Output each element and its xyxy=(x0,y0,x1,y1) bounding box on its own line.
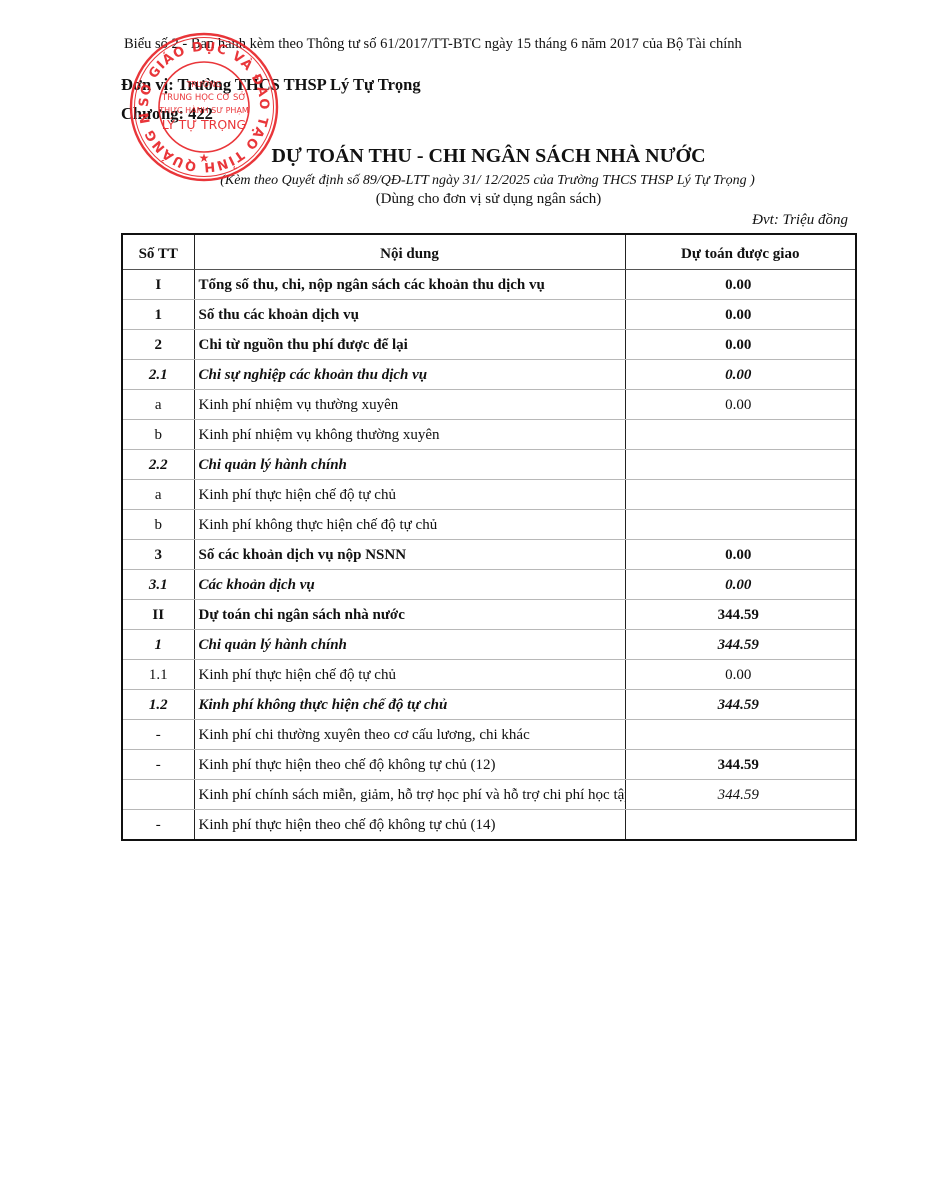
row-number: b xyxy=(122,510,194,540)
unit-name: Đơn vị: Trường THCS THSP Lý Tự Trọng xyxy=(121,75,421,95)
row-number: 1 xyxy=(122,300,194,330)
chapter-code: Chương: 422 xyxy=(121,104,213,124)
row-budget-value: 0.00 xyxy=(625,540,856,570)
table-row: aKinh phí thực hiện chế độ tự chủ xyxy=(122,480,856,510)
row-number: - xyxy=(122,720,194,750)
decision-subtitle: (Kèm theo Quyết định số 89/QĐ-LTT ngày 3… xyxy=(0,173,927,189)
row-budget-value xyxy=(625,420,856,450)
column-header-content: Nội dung xyxy=(194,234,625,270)
budget-table: Số TT Nội dung Dự toán được giao ITổng s… xyxy=(121,233,857,841)
table-row: bKinh phí không thực hiện chế độ tự chủ xyxy=(122,510,856,540)
row-number: 2 xyxy=(122,330,194,360)
row-budget-value: 344.59 xyxy=(625,750,856,780)
row-budget-value: 344.59 xyxy=(625,780,856,810)
row-budget-value: 0.00 xyxy=(625,330,856,360)
row-number: I xyxy=(122,270,194,300)
circular-reference: Biểu số 2 - Ban hành kèm theo Thông tư s… xyxy=(124,36,742,53)
row-content: Kinh phí thực hiện theo chế độ không tự … xyxy=(194,750,625,780)
row-number: - xyxy=(122,810,194,841)
row-content: Chi quản lý hành chính xyxy=(194,450,625,480)
row-budget-value: 0.00 xyxy=(625,390,856,420)
row-budget-value: 344.59 xyxy=(625,600,856,630)
table-row: 2.2Chi quản lý hành chính xyxy=(122,450,856,480)
row-budget-value: 0.00 xyxy=(625,570,856,600)
row-content: Số thu các khoản dịch vụ xyxy=(194,300,625,330)
row-content: Tổng số thu, chi, nộp ngân sách các khoả… xyxy=(194,270,625,300)
table-row: bKinh phí nhiệm vụ không thường xuyên xyxy=(122,420,856,450)
row-number: 3 xyxy=(122,540,194,570)
table-header-row: Số TT Nội dung Dự toán được giao xyxy=(122,234,856,270)
table-row: 1.1Kinh phí thực hiện chế độ tự chủ0.00 xyxy=(122,660,856,690)
row-content: Kinh phí thực hiện theo chế độ không tự … xyxy=(194,810,625,841)
table-row: 3Số các khoản dịch vụ nộp NSNN0.00 xyxy=(122,540,856,570)
row-content: Kinh phí không thực hiện chế độ tự chủ xyxy=(194,510,625,540)
row-budget-value: 344.59 xyxy=(625,630,856,660)
row-content: Kinh phí thực hiện chế độ tự chủ xyxy=(194,660,625,690)
usage-subtitle: (Dùng cho đơn vị sử dụng ngân sách) xyxy=(0,191,927,208)
row-budget-value xyxy=(625,810,856,841)
table-row: 2.1Chi sự nghiệp các khoản thu dịch vụ0.… xyxy=(122,360,856,390)
row-budget-value: 0.00 xyxy=(625,270,856,300)
row-number: 3.1 xyxy=(122,570,194,600)
row-content: Chi sự nghiệp các khoản thu dịch vụ xyxy=(194,360,625,390)
row-number: 1.2 xyxy=(122,690,194,720)
table-row: 1.2Kinh phí không thực hiện chế độ tự ch… xyxy=(122,690,856,720)
row-budget-value: 0.00 xyxy=(625,300,856,330)
row-budget-value xyxy=(625,480,856,510)
row-budget-value xyxy=(625,510,856,540)
row-number: 2.1 xyxy=(122,360,194,390)
column-header-number: Số TT xyxy=(122,234,194,270)
table-row: 1Chi quản lý hành chính344.59 xyxy=(122,630,856,660)
row-content: Chi từ nguồn thu phí được để lại xyxy=(194,330,625,360)
currency-unit-note: Đvt: Triệu đồng xyxy=(752,212,848,229)
row-content: Kinh phí nhiệm vụ không thường xuyên xyxy=(194,420,625,450)
row-number: - xyxy=(122,750,194,780)
table-row: ITổng số thu, chi, nộp ngân sách các kho… xyxy=(122,270,856,300)
table-row: IIDự toán chi ngân sách nhà nước344.59 xyxy=(122,600,856,630)
row-number: 2.2 xyxy=(122,450,194,480)
row-number: a xyxy=(122,390,194,420)
row-content: Kinh phí không thực hiện chế độ tự chủ xyxy=(194,690,625,720)
row-content: Kinh phí nhiệm vụ thường xuyên xyxy=(194,390,625,420)
row-budget-value xyxy=(625,720,856,750)
row-content: Các khoản dịch vụ xyxy=(194,570,625,600)
table-row: -Kinh phí thực hiện theo chế độ không tự… xyxy=(122,810,856,841)
row-budget-value xyxy=(625,450,856,480)
table-row: 3.1Các khoản dịch vụ0.00 xyxy=(122,570,856,600)
row-number: b xyxy=(122,420,194,450)
row-content: Dự toán chi ngân sách nhà nước xyxy=(194,600,625,630)
row-budget-value: 344.59 xyxy=(625,690,856,720)
table-row: Kinh phí chính sách miễn, giảm, hỗ trợ h… xyxy=(122,780,856,810)
row-content: Kinh phí chi thường xuyên theo cơ cấu lư… xyxy=(194,720,625,750)
row-content: Kinh phí chính sách miễn, giảm, hỗ trợ h… xyxy=(194,780,625,810)
row-budget-value: 0.00 xyxy=(625,660,856,690)
row-number: 1.1 xyxy=(122,660,194,690)
table-row: -Kinh phí thực hiện theo chế độ không tự… xyxy=(122,750,856,780)
row-budget-value: 0.00 xyxy=(625,360,856,390)
table-row: -Kinh phí chi thường xuyên theo cơ cấu l… xyxy=(122,720,856,750)
row-number: a xyxy=(122,480,194,510)
row-number: II xyxy=(122,600,194,630)
document-title: DỰ TOÁN THU - CHI NGÂN SÁCH NHÀ NƯỚC xyxy=(0,145,927,168)
row-number: 1 xyxy=(122,630,194,660)
table-row: aKinh phí nhiệm vụ thường xuyên0.00 xyxy=(122,390,856,420)
table-row: 1Số thu các khoản dịch vụ0.00 xyxy=(122,300,856,330)
table-row: 2Chi từ nguồn thu phí được để lại0.00 xyxy=(122,330,856,360)
row-content: Kinh phí thực hiện chế độ tự chủ xyxy=(194,480,625,510)
column-header-budget: Dự toán được giao xyxy=(625,234,856,270)
row-content: Chi quản lý hành chính xyxy=(194,630,625,660)
row-number xyxy=(122,780,194,810)
row-content: Số các khoản dịch vụ nộp NSNN xyxy=(194,540,625,570)
